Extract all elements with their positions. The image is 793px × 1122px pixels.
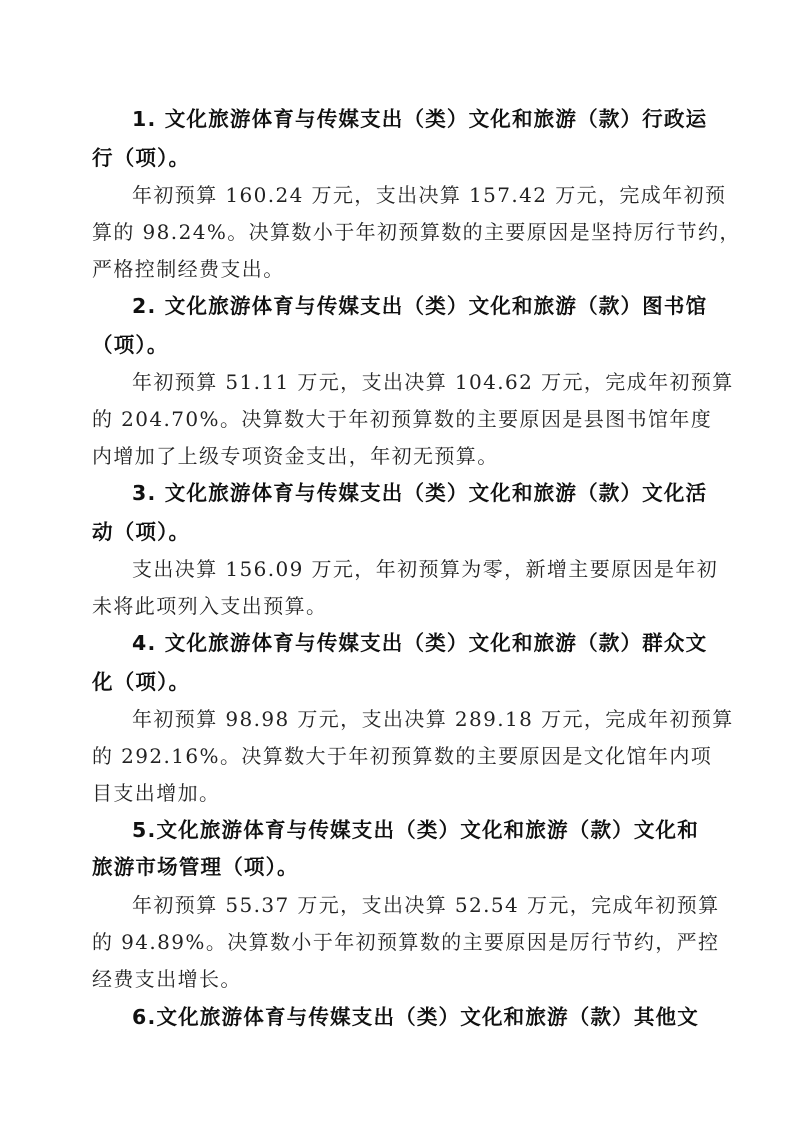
section-heading: 动（项）。 [92, 518, 704, 546]
section-body: 年初预算 160.24 万元，支出决算 157.42 万元，完成年初预 [132, 181, 704, 209]
section-body: 未将此项列入支出预算。 [92, 592, 704, 620]
section-heading: 4. 文化旅游体育与传媒支出（类）文化和旅游（款）群众文 [132, 629, 704, 657]
section-body: 支出决算 156.09 万元，年初预算为零，新增主要原因是年初 [132, 555, 704, 583]
section-body: 的 204.70%。决算数大于年初预算数的主要原因是县图书馆年度 [92, 405, 704, 433]
section-body: 经费支出增长。 [92, 965, 704, 993]
section-body: 的 292.16%。决算数大于年初预算数的主要原因是文化馆年内项 [92, 742, 704, 770]
section-heading: 5.文化旅游体育与传媒支出（类）文化和旅游（款）文化和 [132, 816, 704, 844]
section-heading: 3. 文化旅游体育与传媒支出（类）文化和旅游（款）文化活 [132, 479, 704, 507]
section-body: 目支出增加。 [92, 779, 704, 807]
document-page: 1. 文化旅游体育与传媒支出（类）文化和旅游（款）行政运 行（项）。 年初预算 … [0, 0, 793, 1122]
section-body: 年初预算 55.37 万元，支出决算 52.54 万元，完成年初预算 [132, 891, 704, 919]
section-heading: 1. 文化旅游体育与传媒支出（类）文化和旅游（款）行政运 [132, 105, 704, 133]
section-heading: （项）。 [92, 331, 704, 359]
section-heading: 6.文化旅游体育与传媒支出（类）文化和旅游（款）其他文 [132, 1003, 704, 1031]
section-heading: 行（项）。 [92, 144, 704, 172]
section-heading: 2. 文化旅游体育与传媒支出（类）文化和旅游（款）图书馆 [132, 292, 704, 320]
section-body: 的 94.89%。决算数小于年初预算数的主要原因是厉行节约，严控 [92, 928, 704, 956]
section-heading: 化（项）。 [92, 668, 704, 696]
section-body: 年初预算 51.11 万元，支出决算 104.62 万元，完成年初预算 [132, 368, 704, 396]
section-body: 严格控制经费支出。 [92, 255, 704, 283]
section-body: 年初预算 98.98 万元，支出决算 289.18 万元，完成年初预算 [132, 705, 704, 733]
section-heading: 旅游市场管理（项）。 [92, 853, 704, 881]
section-body: 算的 98.24%。决算数小于年初预算数的主要原因是坚持厉行节约， [92, 218, 704, 246]
section-body: 内增加了上级专项资金支出，年初无预算。 [92, 442, 704, 470]
